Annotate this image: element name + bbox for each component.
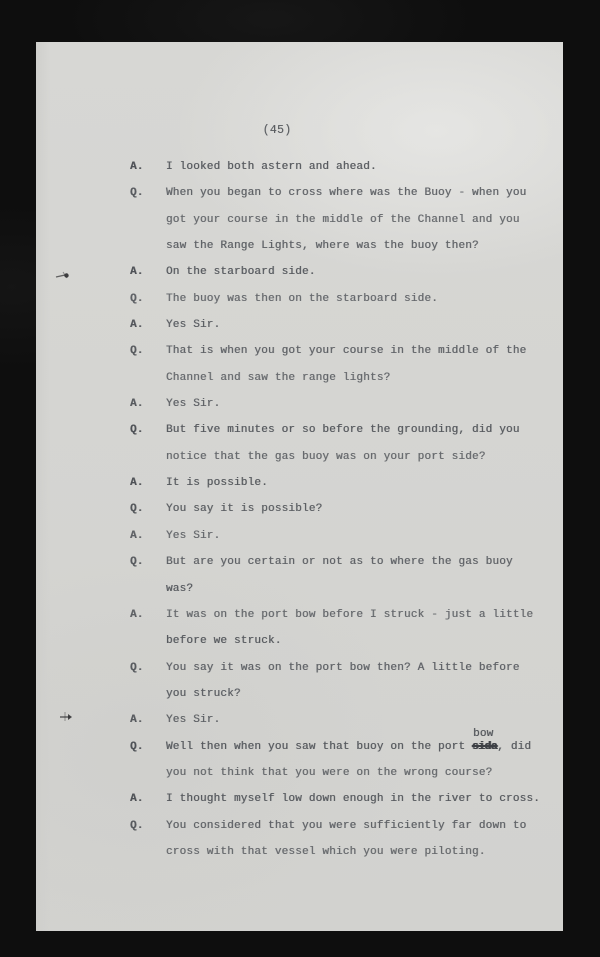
line-text: I thought myself low down enough in the … (166, 793, 540, 805)
line-text: It is possible. (166, 477, 268, 489)
transcript-line: Q.You say it is possible? (166, 496, 558, 522)
transcript-line: Q.The buoy was then on the starboard sid… (166, 286, 558, 312)
transcript-line: saw the Range Lights, where was the buoy… (166, 233, 558, 259)
line-text: You say it is possible? (166, 503, 322, 515)
line-text: That is when you got your course in the … (166, 345, 526, 357)
transcript-line: A.Yes Sir. (166, 707, 558, 733)
line-text: You say it was on the port bow then? A l… (166, 662, 520, 674)
line-text: Yes Sir. (166, 530, 220, 542)
transcript-line: Q.When you began to cross where was the … (166, 180, 558, 206)
transcript-line: A.Yes Sir. (166, 312, 558, 338)
line-text: Yes Sir. (166, 398, 220, 410)
question-marker: Q. (130, 549, 144, 575)
typed-correction: bowsida (472, 734, 497, 760)
question-marker: Q. (130, 655, 144, 681)
transcript-line: A.It was on the port bow before I struck… (166, 602, 558, 628)
transcript-line: Q.You say it was on the port bow then? A… (166, 655, 558, 681)
transcript-line: you struck? (166, 681, 558, 707)
answer-marker: A. (130, 707, 144, 733)
line-text: you not think that you were on the wrong… (166, 767, 492, 779)
question-marker: Q. (130, 813, 144, 839)
transcript-line: Q.You considered that you were sufficien… (166, 813, 558, 839)
line-text: Well then when you saw that buoy on the … (166, 741, 472, 753)
line-text: On the starboard side. (166, 266, 316, 278)
document-page: (45) A.I looked both astern and ahead.Q.… (36, 42, 563, 931)
transcript-line: A.It is possible. (166, 470, 558, 496)
question-marker: Q. (130, 338, 144, 364)
transcript-line: cross with that vessel which you were pi… (166, 839, 558, 865)
answer-marker: A. (130, 312, 144, 338)
transcript-lines: A.I looked both astern and ahead.Q.When … (166, 154, 558, 865)
page-number: (45) (212, 124, 342, 137)
answer-marker: A. (130, 154, 144, 180)
line-text: you struck? (166, 688, 241, 700)
line-text: I looked both astern and ahead. (166, 161, 377, 173)
transcript-line: A.On the starboard side. (166, 259, 558, 285)
line-text: When you began to cross where was the Bu… (166, 187, 526, 199)
transcript-line: A.Yes Sir. (166, 523, 558, 549)
transcript-line: Q.But five minutes or so before the grou… (166, 417, 558, 443)
line-text: Yes Sir. (166, 319, 220, 331)
inserted-word-above: bow (473, 721, 493, 747)
line-text: before we struck. (166, 635, 282, 647)
answer-marker: A. (130, 523, 144, 549)
transcript-line: you not think that you were on the wrong… (166, 760, 558, 786)
pen-arrow-mark-icon (58, 710, 78, 724)
line-text: got your course in the middle of the Cha… (166, 214, 520, 226)
answer-marker: A. (130, 259, 144, 285)
answer-marker: A. (130, 602, 144, 628)
transcript-line: Q.But are you certain or not as to where… (166, 549, 558, 575)
line-text: The buoy was then on the starboard side. (166, 293, 438, 305)
scanned-photo-background: (45) A.I looked both astern and ahead.Q.… (0, 0, 600, 957)
line-text: cross with that vessel which you were pi… (166, 846, 486, 858)
transcript-line: A.Yes Sir. (166, 391, 558, 417)
transcript-line: A.I thought myself low down enough in th… (166, 786, 558, 812)
question-marker: Q. (130, 734, 144, 760)
transcript-line: got your course in the middle of the Cha… (166, 207, 558, 233)
line-text: was? (166, 583, 193, 595)
line-text: But five minutes or so before the ground… (166, 424, 520, 436)
line-text: You considered that you were sufficientl… (166, 820, 526, 832)
transcript-line: Channel and saw the range lights? (166, 365, 558, 391)
answer-marker: A. (130, 470, 144, 496)
question-marker: Q. (130, 180, 144, 206)
transcript-line: notice that the gas buoy was on your por… (166, 444, 558, 470)
line-text: Yes Sir. (166, 714, 220, 726)
question-marker: Q. (130, 417, 144, 443)
transcript-line: Q.Well then when you saw that buoy on th… (166, 734, 558, 760)
line-text: notice that the gas buoy was on your por… (166, 451, 486, 463)
transcript-line: was? (166, 576, 558, 602)
pen-check-mark-icon (54, 268, 74, 282)
answer-marker: A. (130, 391, 144, 417)
transcript-line: Q.That is when you got your course in th… (166, 338, 558, 364)
transcript-line: A.I looked both astern and ahead. (166, 154, 558, 180)
answer-marker: A. (130, 786, 144, 812)
question-marker: Q. (130, 496, 144, 522)
question-marker: Q. (130, 286, 144, 312)
transcript-line: before we struck. (166, 628, 558, 654)
line-text: , did (497, 741, 531, 753)
line-text: But are you certain or not as to where t… (166, 556, 513, 568)
line-text: Channel and saw the range lights? (166, 372, 390, 384)
line-text: saw the Range Lights, where was the buoy… (166, 240, 479, 252)
line-text: It was on the port bow before I struck -… (166, 609, 533, 621)
